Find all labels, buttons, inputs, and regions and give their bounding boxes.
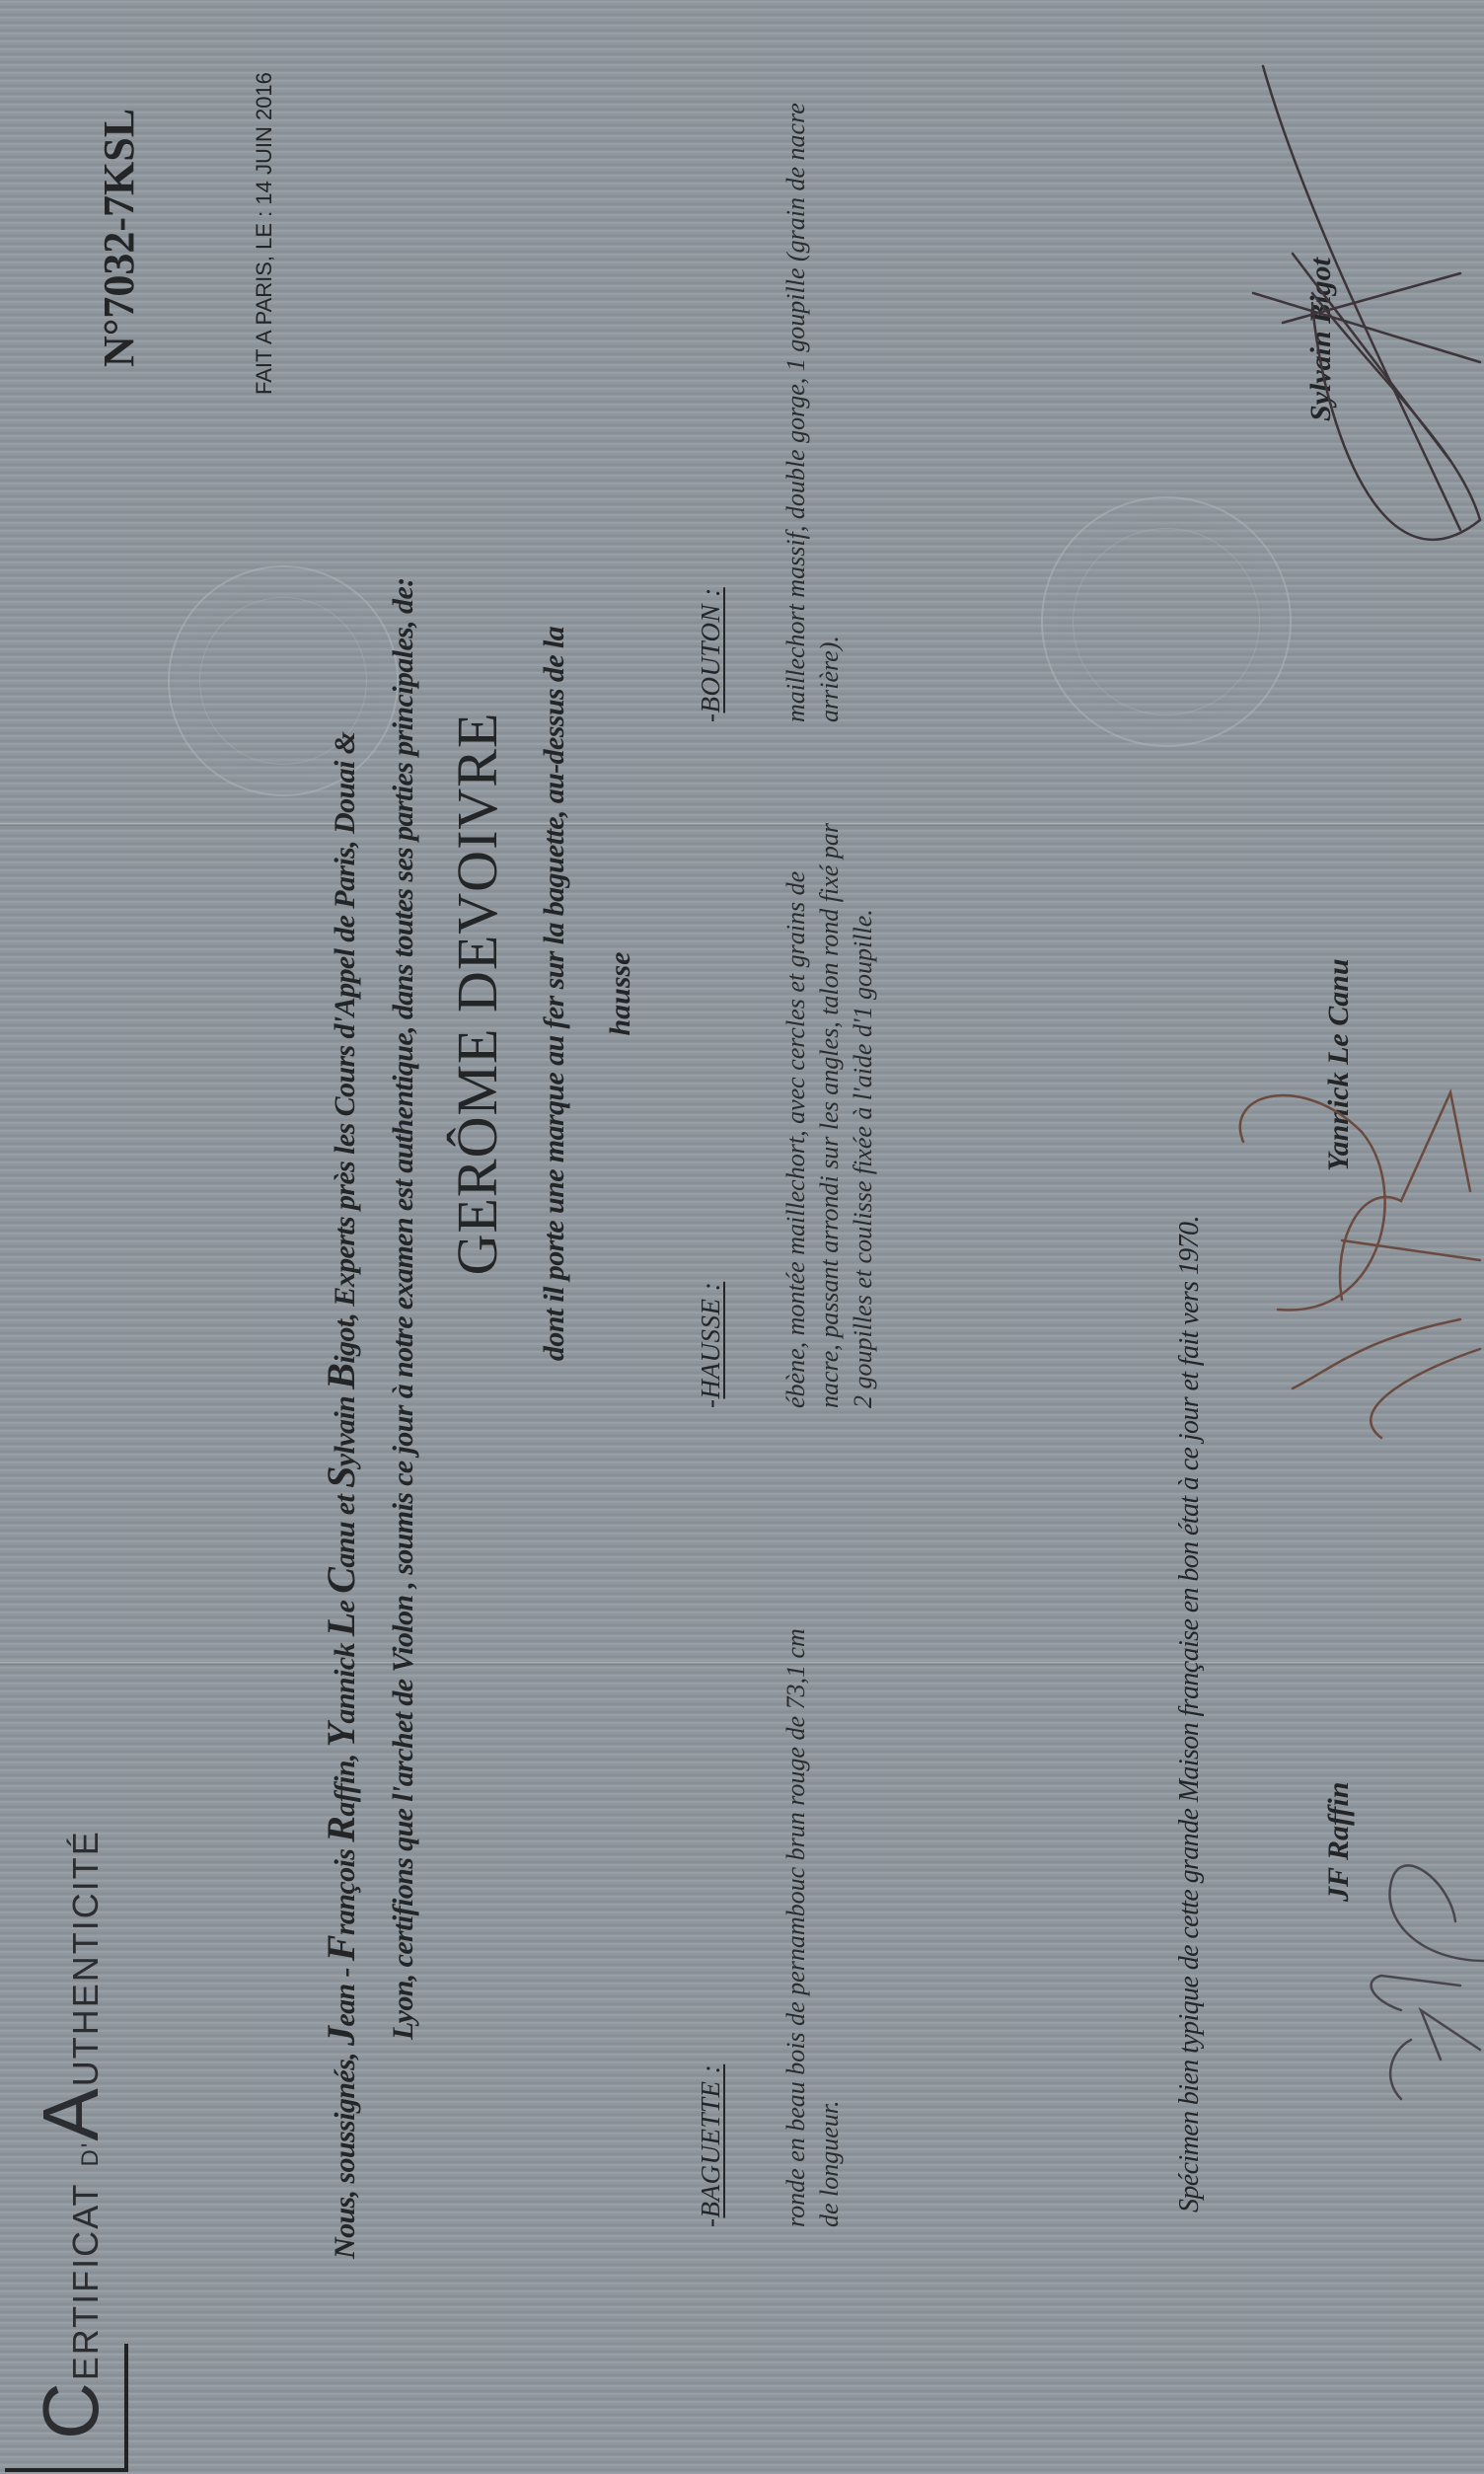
signature-bigot (1253, 66, 1480, 540)
signature-lecanu (1240, 1092, 1480, 1438)
handwritten-signatures (0, 0, 1484, 2474)
certificate-sheet: CERTIFICATD'AUTHENTICITÉ N°7032-7KSL FAI… (0, 0, 1484, 2474)
signature-raffin (1372, 1865, 1484, 2099)
